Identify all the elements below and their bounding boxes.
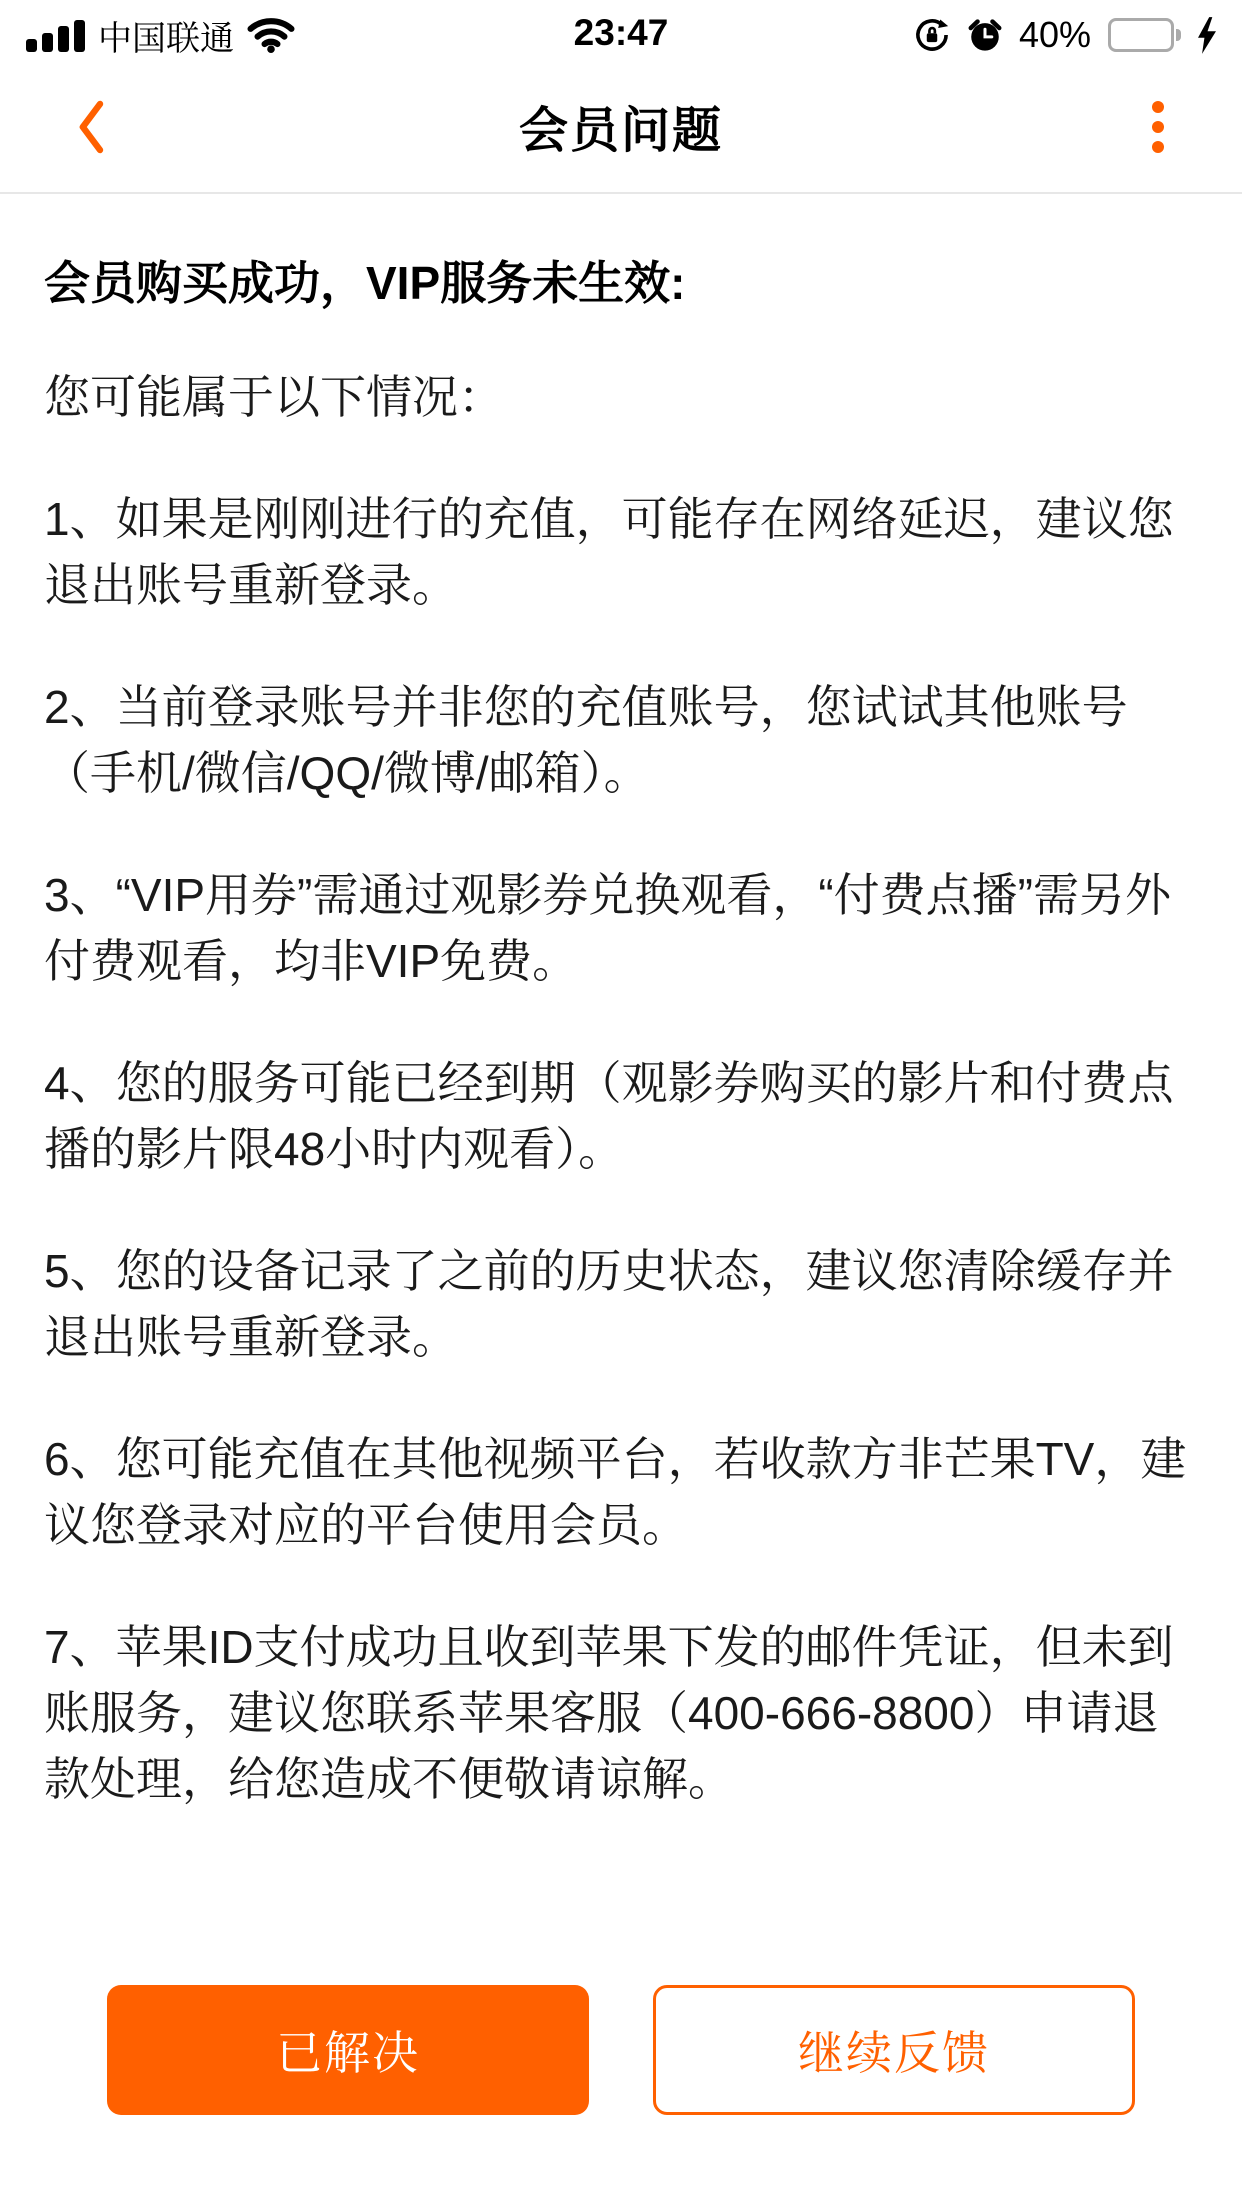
page-title: 会员问题 xyxy=(519,92,723,162)
alarm-clock-icon xyxy=(966,16,1004,54)
battery-percent: 40% xyxy=(1019,14,1091,56)
faq-item-2: 2、当前登录账号并非您的充值账号，您试试其他账号（手机/微信/QQ/微博/邮箱）… xyxy=(44,674,1198,806)
rotation-lock-icon xyxy=(913,16,951,54)
section-heading: 会员购买成功，VIP服务未生效: xyxy=(44,250,1198,316)
status-bar: 中国联通 23:47 xyxy=(0,0,1242,62)
status-right-group: 40% xyxy=(913,14,1218,56)
resolved-button[interactable]: 已解决 xyxy=(107,1985,589,2115)
more-dot xyxy=(1152,121,1164,133)
battery-icon xyxy=(1108,18,1181,52)
wifi-icon xyxy=(247,17,295,53)
battery-tip xyxy=(1176,29,1181,41)
faq-item-1: 1、如果是刚刚进行的充值，可能存在网络延迟，建议您退出账号重新登录。 xyxy=(44,486,1198,618)
faq-item-7: 7、苹果ID支付成功且收到苹果下发的邮件凭证，但未到账服务，建议您联系苹果客服（… xyxy=(44,1614,1198,1812)
carrier-label: 中国联通 xyxy=(98,11,234,60)
faq-item-4: 4、您的服务可能已经到期（观影券购买的影片和付费点播的影片限48小时内观看）。 xyxy=(44,1050,1198,1182)
intro-text: 您可能属于以下情况： xyxy=(44,364,1198,430)
status-left-group: 中国联通 xyxy=(26,11,295,60)
faq-content: 会员购买成功，VIP服务未生效: 您可能属于以下情况： 1、如果是刚刚进行的充值… xyxy=(0,194,1242,1984)
signal-bars-icon xyxy=(26,18,85,52)
feedback-button-row: 已解决 继续反馈 xyxy=(0,1985,1242,2115)
nav-bar: 会员问题 xyxy=(0,62,1242,194)
faq-item-5: 5、您的设备记录了之前的历史状态，建议您清除缓存并退出账号重新登录。 xyxy=(44,1238,1198,1370)
continue-feedback-button[interactable]: 继续反馈 xyxy=(653,1985,1135,2115)
faq-item-3: 3、“VIP用券”需通过观影券兑换观看，“付费点播”需另外付费观看，均非VIP免… xyxy=(44,862,1198,994)
more-dot xyxy=(1152,101,1164,113)
charging-bolt-icon xyxy=(1196,17,1218,54)
back-chevron-icon xyxy=(76,100,106,154)
more-dot xyxy=(1152,141,1164,153)
back-button[interactable] xyxy=(58,62,124,192)
faq-item-6: 6、您可能充值在其他视频平台，若收款方非芒果TV，建议您登录对应的平台使用会员。 xyxy=(44,1426,1198,1558)
more-menu-button[interactable] xyxy=(1132,62,1184,192)
